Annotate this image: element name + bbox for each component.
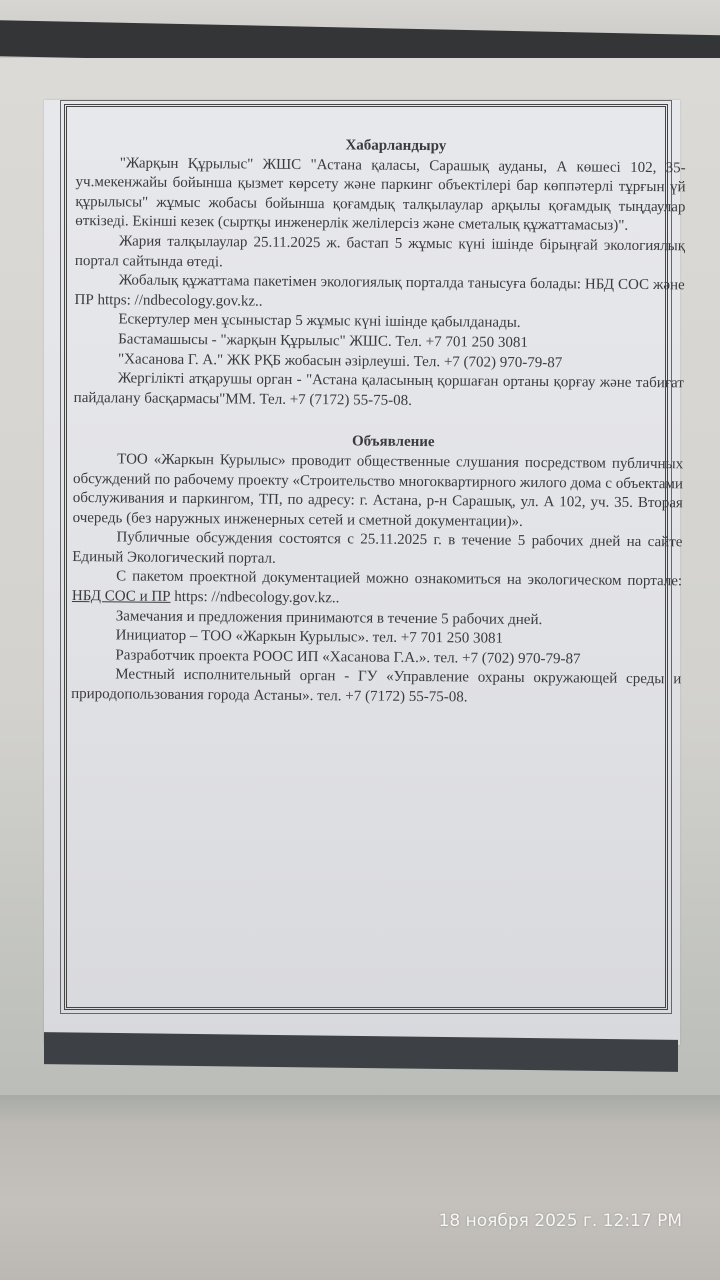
- board-bottom-edge: [0, 1095, 720, 1125]
- notice-ru-paragraph: Публичные обсуждения состоятся с 25.11.2…: [72, 528, 682, 573]
- notice-kz-paragraph: Жобалық құжаттама пакетімен экологиялық …: [74, 271, 684, 316]
- notice-russian: Объявление ТОО «Жаркын Курылыс» проводит…: [71, 430, 683, 710]
- photo-timestamp: 18 ноября 2025 г. 12:17 PM: [439, 1211, 682, 1231]
- portal-url: https: //ndbecology.gov.kz..: [170, 589, 339, 606]
- notice-kz-paragraph: Жария талқылаулар 25.11.2025 ж. бастап 5…: [75, 232, 685, 277]
- background-surface: [0, 1125, 720, 1280]
- notice-kz-paragraph: Жергілікті атқарушы орган - "Астана қала…: [74, 369, 684, 414]
- notice-ru-paragraph: Местный исполнительный орган - ГУ «Управ…: [71, 665, 681, 710]
- notice-kz-paragraph: "Жарқын Құрылыс" ЖШС "Астана қаласы, Сар…: [75, 154, 686, 238]
- notice-ru-paragraph: ТОО «Жаркын Курылыс» проводит общественн…: [73, 450, 684, 534]
- notice-kazakh: Хабарландыру "Жарқын Құрылыс" ЖШС "Астан…: [74, 134, 686, 414]
- notice-content: Хабарландыру "Жарқын Құрылыс" ЖШС "Астан…: [71, 134, 686, 732]
- portal-link-text: НБД СОС и ПР: [72, 588, 171, 605]
- portal-prefix: С пакетом проектной документацией можно …: [116, 569, 682, 590]
- notice-ru-portal-paragraph: С пакетом проектной документацией можно …: [72, 567, 682, 612]
